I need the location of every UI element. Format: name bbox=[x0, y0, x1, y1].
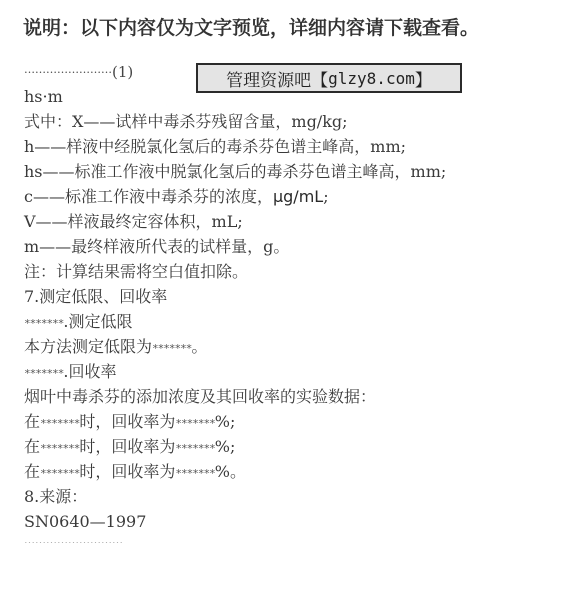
section-7-2-title: .回收率 bbox=[63, 362, 116, 381]
redacted-value: ******* bbox=[152, 342, 191, 355]
recovery-mid: 时，回收率为 bbox=[79, 462, 175, 481]
recovery-suffix: %; bbox=[215, 437, 236, 456]
calculation-note: 注：计算结果需将空白值扣除。 bbox=[24, 259, 574, 284]
redacted-rate: ******* bbox=[175, 467, 214, 480]
preview-notice: 说明：以下内容仅为文字预览，详细内容请下载查看。 bbox=[23, 13, 479, 40]
definition-m: m——最终样液所代表的试样量，g。 bbox=[24, 234, 574, 259]
section-7-2-heading: *******.回收率 bbox=[24, 359, 574, 384]
recovery-prefix: 在 bbox=[24, 412, 40, 431]
redacted-concentration: ******* bbox=[40, 467, 79, 480]
recovery-row: 在*******时，回收率为*******%。 bbox=[24, 459, 574, 484]
definition-c-text: c——标准工作液中毒杀芬的浓度， bbox=[24, 187, 273, 206]
redacted-rate: ******* bbox=[175, 442, 214, 455]
recovery-prefix: 在 bbox=[24, 437, 40, 456]
formula-leader-dots: …………………… bbox=[24, 63, 112, 76]
formula-denominator: hs·m bbox=[24, 84, 574, 109]
redacted-concentration: ******* bbox=[40, 442, 79, 455]
recovery-row: 在*******时，回收率为*******%; bbox=[24, 434, 574, 459]
document-body: ……………………(1) hs·m 式中：X——试样中毒杀芬残留含量，mg/kg;… bbox=[24, 62, 574, 534]
section-7-1-heading: *******.测定低限 bbox=[24, 309, 574, 334]
definition-c: c——标准工作液中毒杀芬的浓度，μg/mL; bbox=[24, 184, 574, 209]
recovery-row: 在*******时，回收率为*******%; bbox=[24, 409, 574, 434]
redacted-rate: ******* bbox=[175, 417, 214, 430]
definition-h: h——样液中经脱氯化氢后的毒杀芬色谱主峰高，mm; bbox=[24, 134, 574, 159]
formula-number: (1) bbox=[112, 63, 133, 81]
detection-limit-text: 本方法测定低限为*******。 bbox=[24, 334, 574, 359]
section-7-title: 7.测定低限、回收率 bbox=[24, 284, 574, 309]
redacted-number: ******* bbox=[24, 367, 63, 380]
definition-hs: hs——标准工作液中脱氯化氢后的毒杀芬色谱主峰高，mm; bbox=[24, 159, 574, 184]
recovery-mid: 时，回收率为 bbox=[79, 437, 175, 456]
definition-c-suffix: ; bbox=[323, 187, 328, 206]
redacted-concentration: ******* bbox=[40, 417, 79, 430]
redacted-number: ******* bbox=[24, 317, 63, 330]
detection-limit-prefix: 本方法测定低限为 bbox=[24, 337, 152, 356]
recovery-prefix: 在 bbox=[24, 462, 40, 481]
source-standard: SN0640—1997 bbox=[24, 509, 574, 534]
section-8-title: 8.来源： bbox=[24, 484, 574, 509]
section-7-1-title: .测定低限 bbox=[63, 312, 132, 331]
definition-v: V——样液最终定容体积，mL; bbox=[24, 209, 574, 234]
end-leader-dots: ……………………… bbox=[24, 534, 123, 543]
recovery-suffix: %; bbox=[215, 412, 236, 431]
detection-limit-suffix: 。 bbox=[191, 337, 207, 356]
recovery-suffix: %。 bbox=[215, 462, 246, 481]
recovery-intro: 烟叶中毒杀芬的添加浓度及其回收率的实验数据： bbox=[24, 384, 574, 409]
recovery-mid: 时，回收率为 bbox=[79, 412, 175, 431]
definition-c-unit: μg/mL bbox=[273, 187, 323, 206]
definition-x: 式中：X——试样中毒杀芬残留含量，mg/kg; bbox=[24, 109, 574, 134]
